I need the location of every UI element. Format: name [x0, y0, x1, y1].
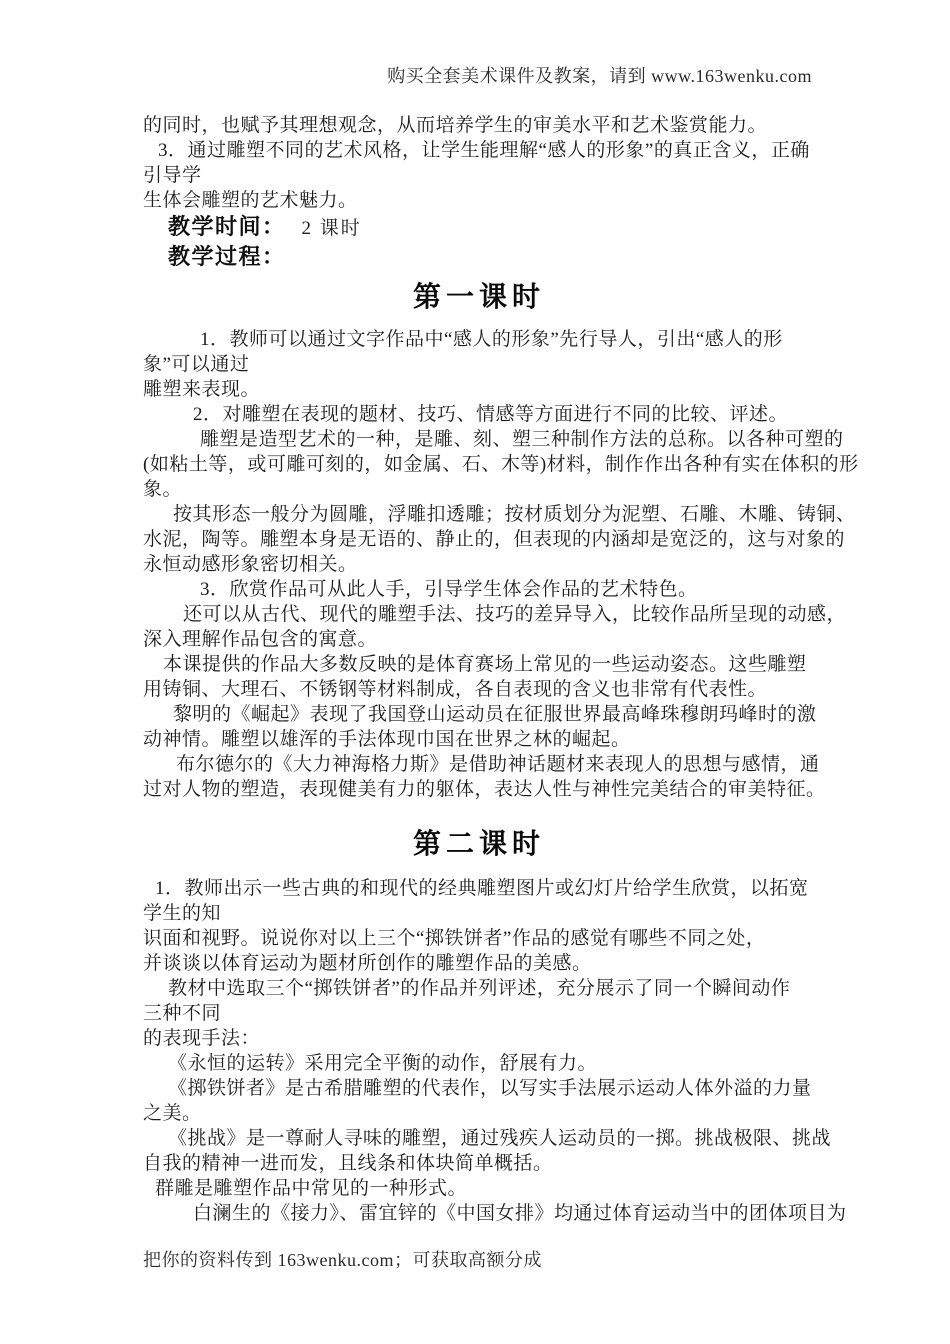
text-line: 过对人物的塑造，表现健美有力的躯体，表达人性与神性完美结合的审美特征。	[143, 777, 815, 802]
text-line: 黎明的《崛起》表现了我国登山运动员在征服世界最高峰珠穆朗玛峰时的激	[143, 702, 815, 727]
section1-title: 第一课时	[143, 281, 815, 315]
text-line: 之美。	[143, 1101, 815, 1126]
footer-promo-text: 把你的资料传到 163wenku.com；可获取高额分成	[143, 1248, 542, 1272]
text-line: 识面和视野。说说你对以上三个“掷铁饼者”作品的感觉有哪些不同之处，	[143, 926, 815, 951]
text-line: 三种不同	[143, 1001, 815, 1026]
text-line: 并谈谈以体育运动为题材所创作的雕塑作品的美感。	[143, 951, 815, 976]
section2-title: 第二课时	[143, 828, 815, 862]
text-line: 的同时，也赋予其理想观念，从而培养学生的审美水平和艺术鉴赏能力。	[143, 113, 815, 138]
text-line: 自我的精神一进而发，且线条和体块简单概括。	[143, 1151, 815, 1176]
text-line: 学生的知	[143, 901, 815, 926]
text-line: 象。	[143, 477, 815, 502]
teaching-time-value: 2 课时	[302, 218, 362, 239]
text-line: 还可以从古代、现代的雕塑手法、技巧的差异导入，比较作品所呈现的动感，	[143, 602, 815, 627]
text-line: 永恒动感形象密切相关。	[143, 552, 815, 577]
text-line: (如粘土等，或可雕可刻的，如金属、石、木等)材料，制作作出各种有实在体积的形	[143, 452, 815, 477]
document-page: 购买全套美术课件及教案，请到 www.163wenku.com 的同时，也赋予其…	[0, 0, 950, 1344]
text-line: 群雕是雕塑作品中常见的一种形式。	[143, 1176, 815, 1201]
section2-body: 1．教师出示一些古典的和现代的经典雕塑图片或幻灯片给学生欣赏，以拓宽 学生的知 …	[143, 876, 815, 1226]
text-line: 3．欣赏作品可从此人手，引导学生体会作品的艺术特色。	[143, 577, 815, 602]
text-line: 1．教师出示一些古典的和现代的经典雕塑图片或幻灯片给学生欣赏，以拓宽	[143, 876, 815, 901]
text-line: 雕塑来表现。	[143, 377, 815, 402]
text-line: 教材中选取三个“掷铁饼者”的作品并列评述，充分展示了同一个瞬间动作	[143, 976, 815, 1001]
text-line: 水泥，陶等。雕塑本身是无语的、静止的，但表现的内涵却是宽泛的，这与对象的	[143, 527, 815, 552]
text-line: 1．教师可以通过文字作品中“感人的形象”先行导人，引出“感人的形	[143, 327, 815, 352]
text-line: 动神情。雕塑以雄浑的手法体现巾国在世界之林的崛起。	[143, 727, 815, 752]
teaching-time-line: 教学时间：2 课时	[143, 213, 815, 243]
text-line: 《永恒的运转》采用完全平衡的动作，舒展有力。	[143, 1051, 815, 1076]
text-line: 2．对雕塑在表现的题材、技巧、情感等方面进行不同的比较、评述。	[143, 402, 815, 427]
text-line: 深入理解作品包含的寓意。	[143, 627, 815, 652]
text-line: 象”可以通过	[143, 352, 815, 377]
text-line: 雕塑是造型艺术的一种，是雕、刻、塑三种制作方法的总称。以各种可塑的	[143, 427, 815, 452]
section1-body: 1．教师可以通过文字作品中“感人的形象”先行导人，引出“感人的形 象”可以通过 …	[143, 327, 815, 802]
text-line: 用铸铜、大理石、不锈钢等材料制成，各自表现的含义也非常有代表性。	[143, 677, 815, 702]
header-promo-text: 购买全套美术课件及教案，请到 www.163wenku.com	[387, 64, 812, 88]
text-line: 布尔德尔的《大力神海格力斯》是借助神话题材来表现人的思想与感情，通	[143, 752, 815, 777]
teaching-time-label: 教学时间：	[168, 214, 286, 239]
text-line: 引导学	[143, 163, 815, 188]
teaching-process-label: 教学过程：	[168, 244, 286, 269]
text-line: 生体会雕塑的艺术魅力。	[143, 188, 815, 213]
document-body: 的同时，也赋予其理想观念，从而培养学生的审美水平和艺术鉴赏能力。 3．通过雕塑不…	[143, 113, 815, 1226]
text-line: 《掷铁饼者》是古希腊雕塑的代表作，以写实手法展示运动人体外溢的力量	[143, 1076, 815, 1101]
text-line: 3．通过雕塑不同的艺术风格，让学生能理解“感人的形象”的真正含义，正确	[143, 138, 815, 163]
text-line: 按其形态一般分为圆雕，浮雕扣透雕；按材质划分为泥塑、石雕、木雕、铸铜、	[143, 502, 815, 527]
text-line: 的表现手法：	[143, 1026, 815, 1051]
text-line: 白澜生的《接力》、雷宜锌的《中国女排》均通过体育运动当中的团体项目为	[143, 1201, 815, 1226]
teaching-process-line: 教学过程：	[143, 243, 815, 273]
text-line: 本课提供的作品大多数反映的是体育赛场上常见的一些运动姿态。这些雕塑	[143, 652, 815, 677]
text-line: 《挑战》是一尊耐人寻味的雕塑，通过残疾人运动员的一掷。挑战极限、挑战	[143, 1126, 815, 1151]
